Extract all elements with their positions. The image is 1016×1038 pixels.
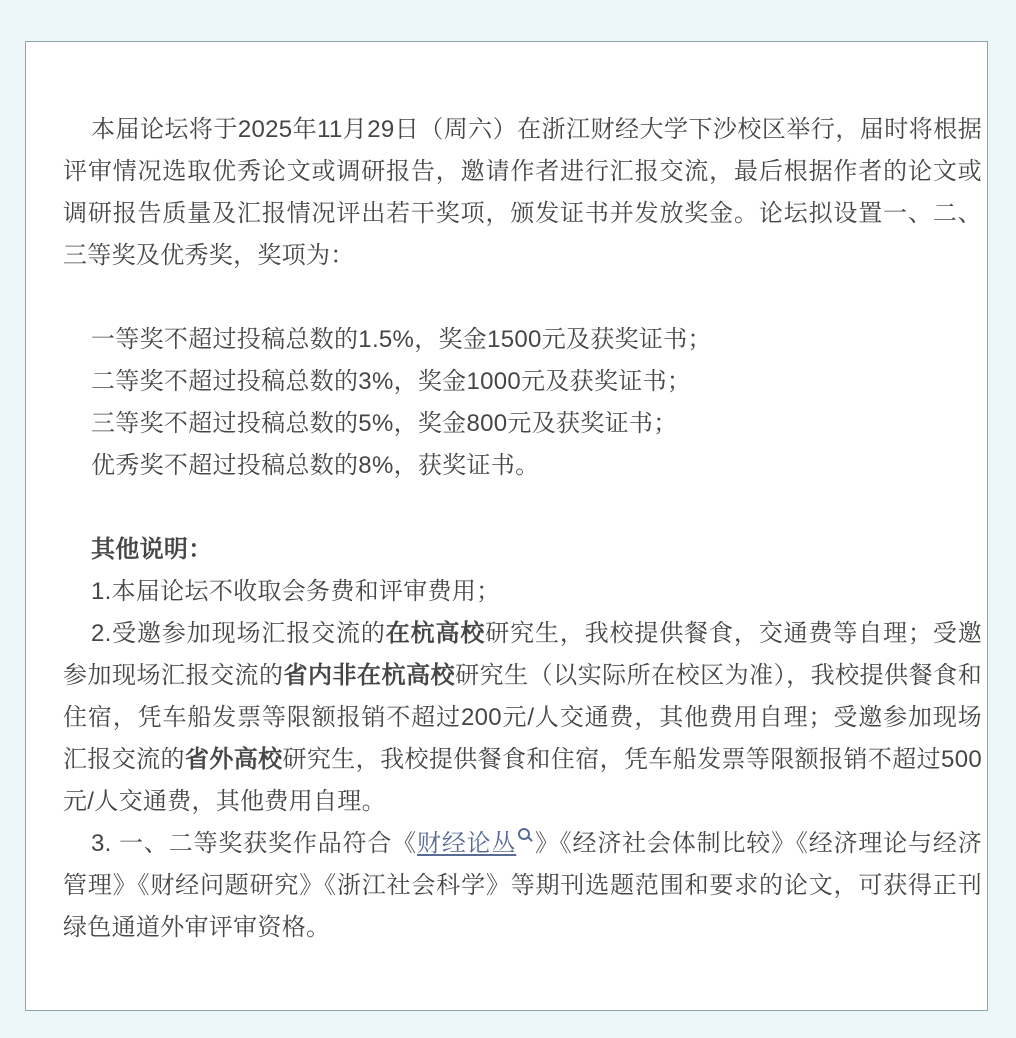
- award-first-prize: 一等奖不超过投稿总数的1.5%，奖金1500元及获奖证书；: [63, 319, 982, 361]
- journal-link-label: 财经论丛: [417, 830, 516, 857]
- body-text: 本届论坛将于2025年11月29日（周六）在浙江财经大学下沙校区举行，届时将根据…: [63, 116, 982, 269]
- blank-line: [63, 487, 982, 529]
- body-text: 一等奖不超过投稿总数的1.5%，奖金1500元及获奖证书；: [91, 326, 712, 353]
- blank-line: [63, 277, 982, 319]
- award-third-prize: 三等奖不超过投稿总数的5%，奖金800元及获奖证书；: [63, 403, 982, 445]
- bold-highlight-text: 省内非在杭高校: [284, 662, 456, 689]
- article-content: 本届论坛将于2025年11月29日（周六）在浙江财经大学下沙校区举行，届时将根据…: [63, 109, 982, 949]
- intro-paragraph: 本届论坛将于2025年11月29日（周六）在浙江财经大学下沙校区举行，届时将根据…: [63, 109, 982, 277]
- award-second-prize: 二等奖不超过投稿总数的3%，奖金1000元及获奖证书；: [63, 361, 982, 403]
- award-excellence-prize: 优秀奖不超过投稿总数的8%，获奖证书。: [63, 445, 982, 487]
- bold-highlight-text: 省外高校: [185, 746, 283, 773]
- page-background: 本届论坛将于2025年11月29日（周六）在浙江财经大学下沙校区举行，届时将根据…: [0, 0, 1016, 1038]
- body-text: 1.本届论坛不收取会务费和评审费用；: [91, 578, 500, 605]
- search-icon[interactable]: [518, 828, 530, 840]
- body-text: 二等奖不超过投稿总数的3%，奖金1000元及获奖证书；: [91, 368, 691, 395]
- bold-highlight-text: 其他说明：: [91, 536, 213, 563]
- bold-highlight-text: 在杭高校: [386, 620, 485, 647]
- article-card: 本届论坛将于2025年11月29日（周六）在浙江财经大学下沙校区举行，届时将根据…: [25, 41, 988, 1011]
- body-text: 3. 一、二等奖获奖作品符合《: [91, 830, 417, 857]
- note-2: 2.受邀参加现场汇报交流的在杭高校研究生，我校提供餐食，交通费等自理；受邀参加现…: [63, 613, 982, 823]
- body-text: 2.受邀参加现场汇报交流的: [91, 620, 386, 647]
- note-3: 3. 一、二等奖获奖作品符合《财经论丛》《经济社会体制比较》《经济理论与经济管理…: [63, 823, 982, 949]
- journal-link-caijingluncong[interactable]: 财经论丛: [417, 830, 516, 857]
- other-notes-heading: 其他说明：: [63, 529, 982, 571]
- body-text: 三等奖不超过投稿总数的5%，奖金800元及获奖证书；: [91, 410, 678, 437]
- note-1: 1.本届论坛不收取会务费和评审费用；: [63, 571, 982, 613]
- body-text: 优秀奖不超过投稿总数的8%，获奖证书。: [91, 452, 539, 479]
